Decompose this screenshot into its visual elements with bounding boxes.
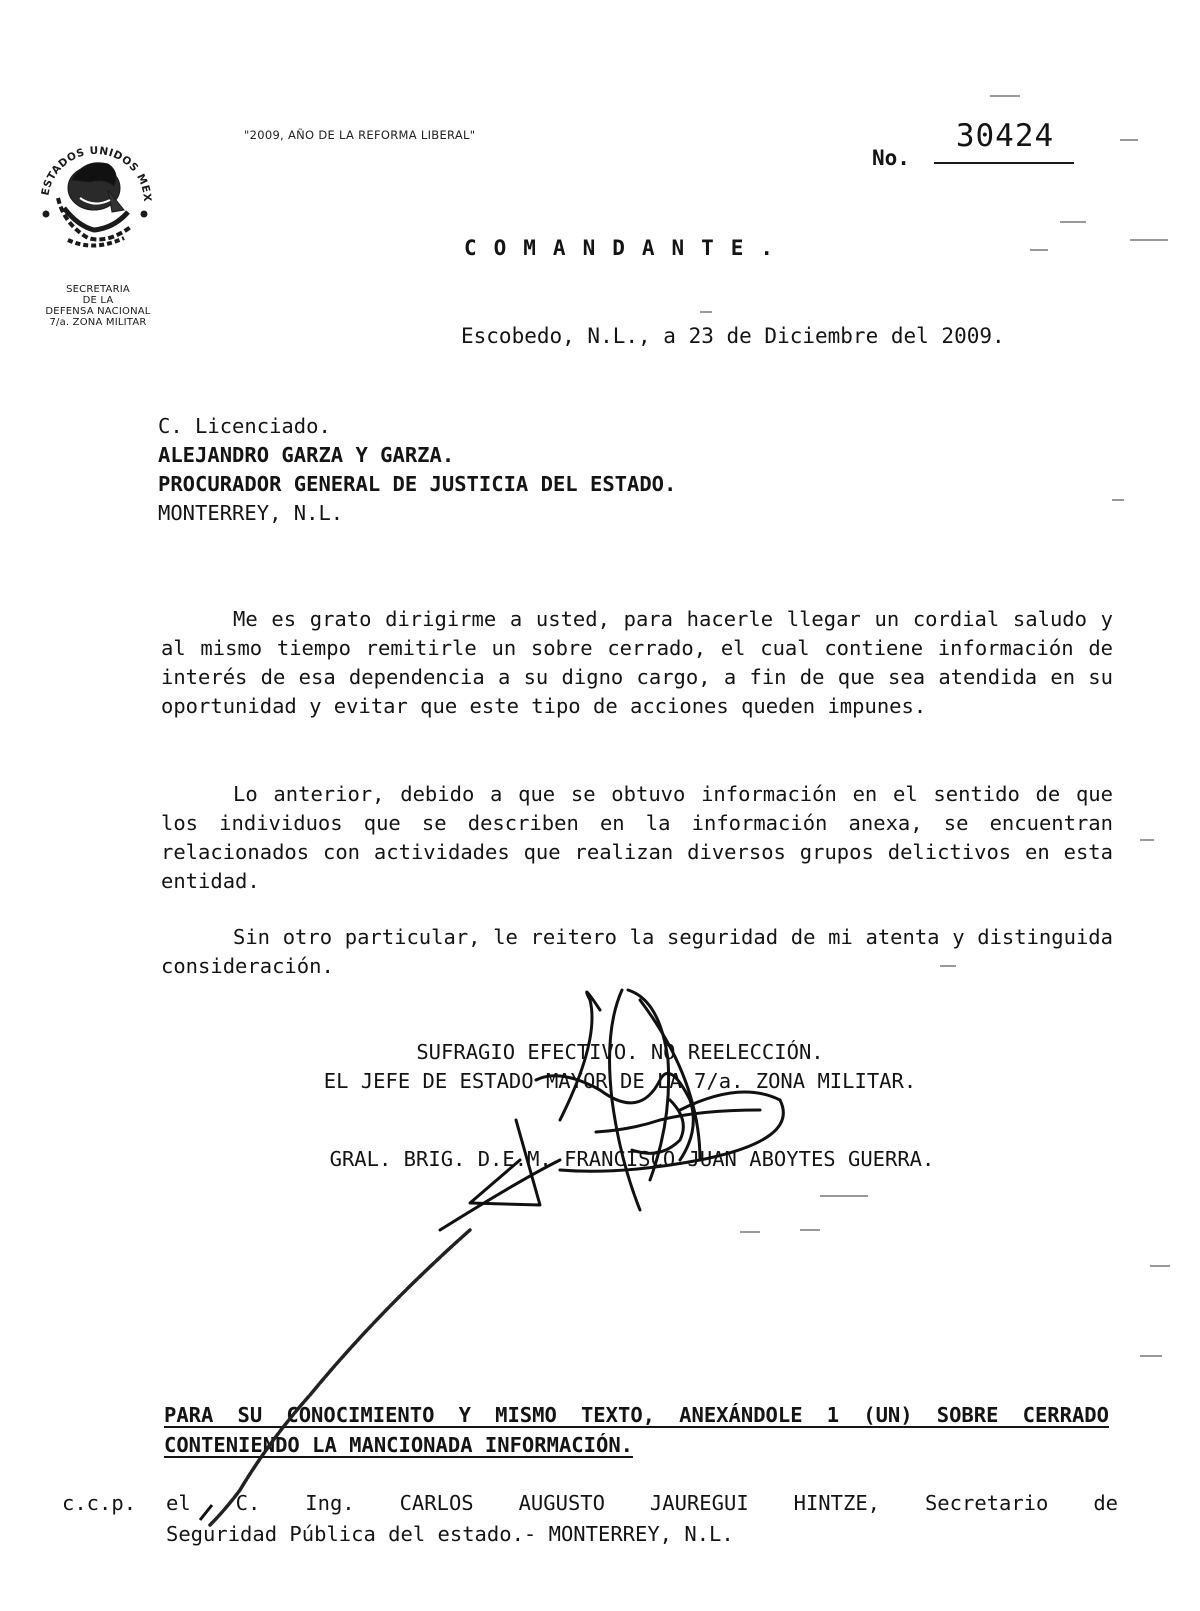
department-line: SECRETARIA [22,284,174,295]
document-number-underline [934,162,1074,164]
department-line: 7/a. ZONA MILITAR [22,317,174,328]
year-motto: "2009, AÑO DE LA REFORMA LIBERAL" [244,128,475,142]
addressee-name: ALEJANDRO GARZA Y GARZA. [158,441,676,470]
body-paragraph-2: Lo anterior, debido a que se obtuvo info… [161,780,1113,896]
signer-title: EL JEFE DE ESTADO MAYOR DE LA 7/a. ZONA … [250,1067,990,1096]
body-paragraph-3: Sin otro particular, le reitero la segur… [161,923,1113,981]
closing-slogan: SUFRAGIO EFECTIVO. NO REELECCIÓN. [250,1038,990,1067]
document-number-label: No. [872,146,910,170]
document-number-value: 30424 [937,118,1073,154]
paragraph-text: Lo anterior, debido a que se obtuvo info… [161,782,1113,893]
annex-note-text: PARA SU CONOCIMIENTO Y MISMO TEXTO, ANEX… [164,1403,1109,1457]
department-line: DEFENSA NACIONAL [22,306,174,317]
coat-of-arms-seal-icon: ESTADOS UNIDOS MEXICANOS [28,128,164,260]
signer-name: GRAL. BRIG. D.E.M. FRANCISCO JUAN ABOYTE… [262,1145,1002,1174]
body-paragraph-1: Me es grato dirigirme a usted, para hace… [161,605,1113,721]
document-title: COMANDANTE. [464,236,790,260]
copy-to-line-2: Seguridad Pública del estado.- MONTERREY… [62,1519,1122,1550]
paragraph-text: Me es grato dirigirme a usted, para hace… [161,607,1113,718]
copy-to-label: c.c.p. [62,1488,166,1519]
paragraph-text: Sin otro particular, le reitero la segur… [161,925,1113,978]
annex-note: PARA SU CONOCIMIENTO Y MISMO TEXTO, ANEX… [164,1400,1109,1460]
addressee-city: MONTERREY, N.L. [158,499,676,528]
addressee-block: C. Licenciado. ALEJANDRO GARZA Y GARZA. … [158,412,676,528]
place-date: Escobedo, N.L., a 23 de Diciembre del 20… [461,324,1005,348]
department-line: DE LA [22,295,174,306]
copy-to-block: c.c.p.el C. Ing. CARLOS AUGUSTO JAUREGUI… [62,1488,1122,1550]
addressee-position: PROCURADOR GENERAL DE JUSTICIA DEL ESTAD… [158,470,676,499]
addressee-salutation: C. Licenciado. [158,412,676,441]
department-name: SECRETARIA DE LA DEFENSA NACIONAL 7/a. Z… [22,284,174,328]
copy-to-line-1: el C. Ing. CARLOS AUGUSTO JAUREGUI HINTZ… [166,1488,1118,1519]
